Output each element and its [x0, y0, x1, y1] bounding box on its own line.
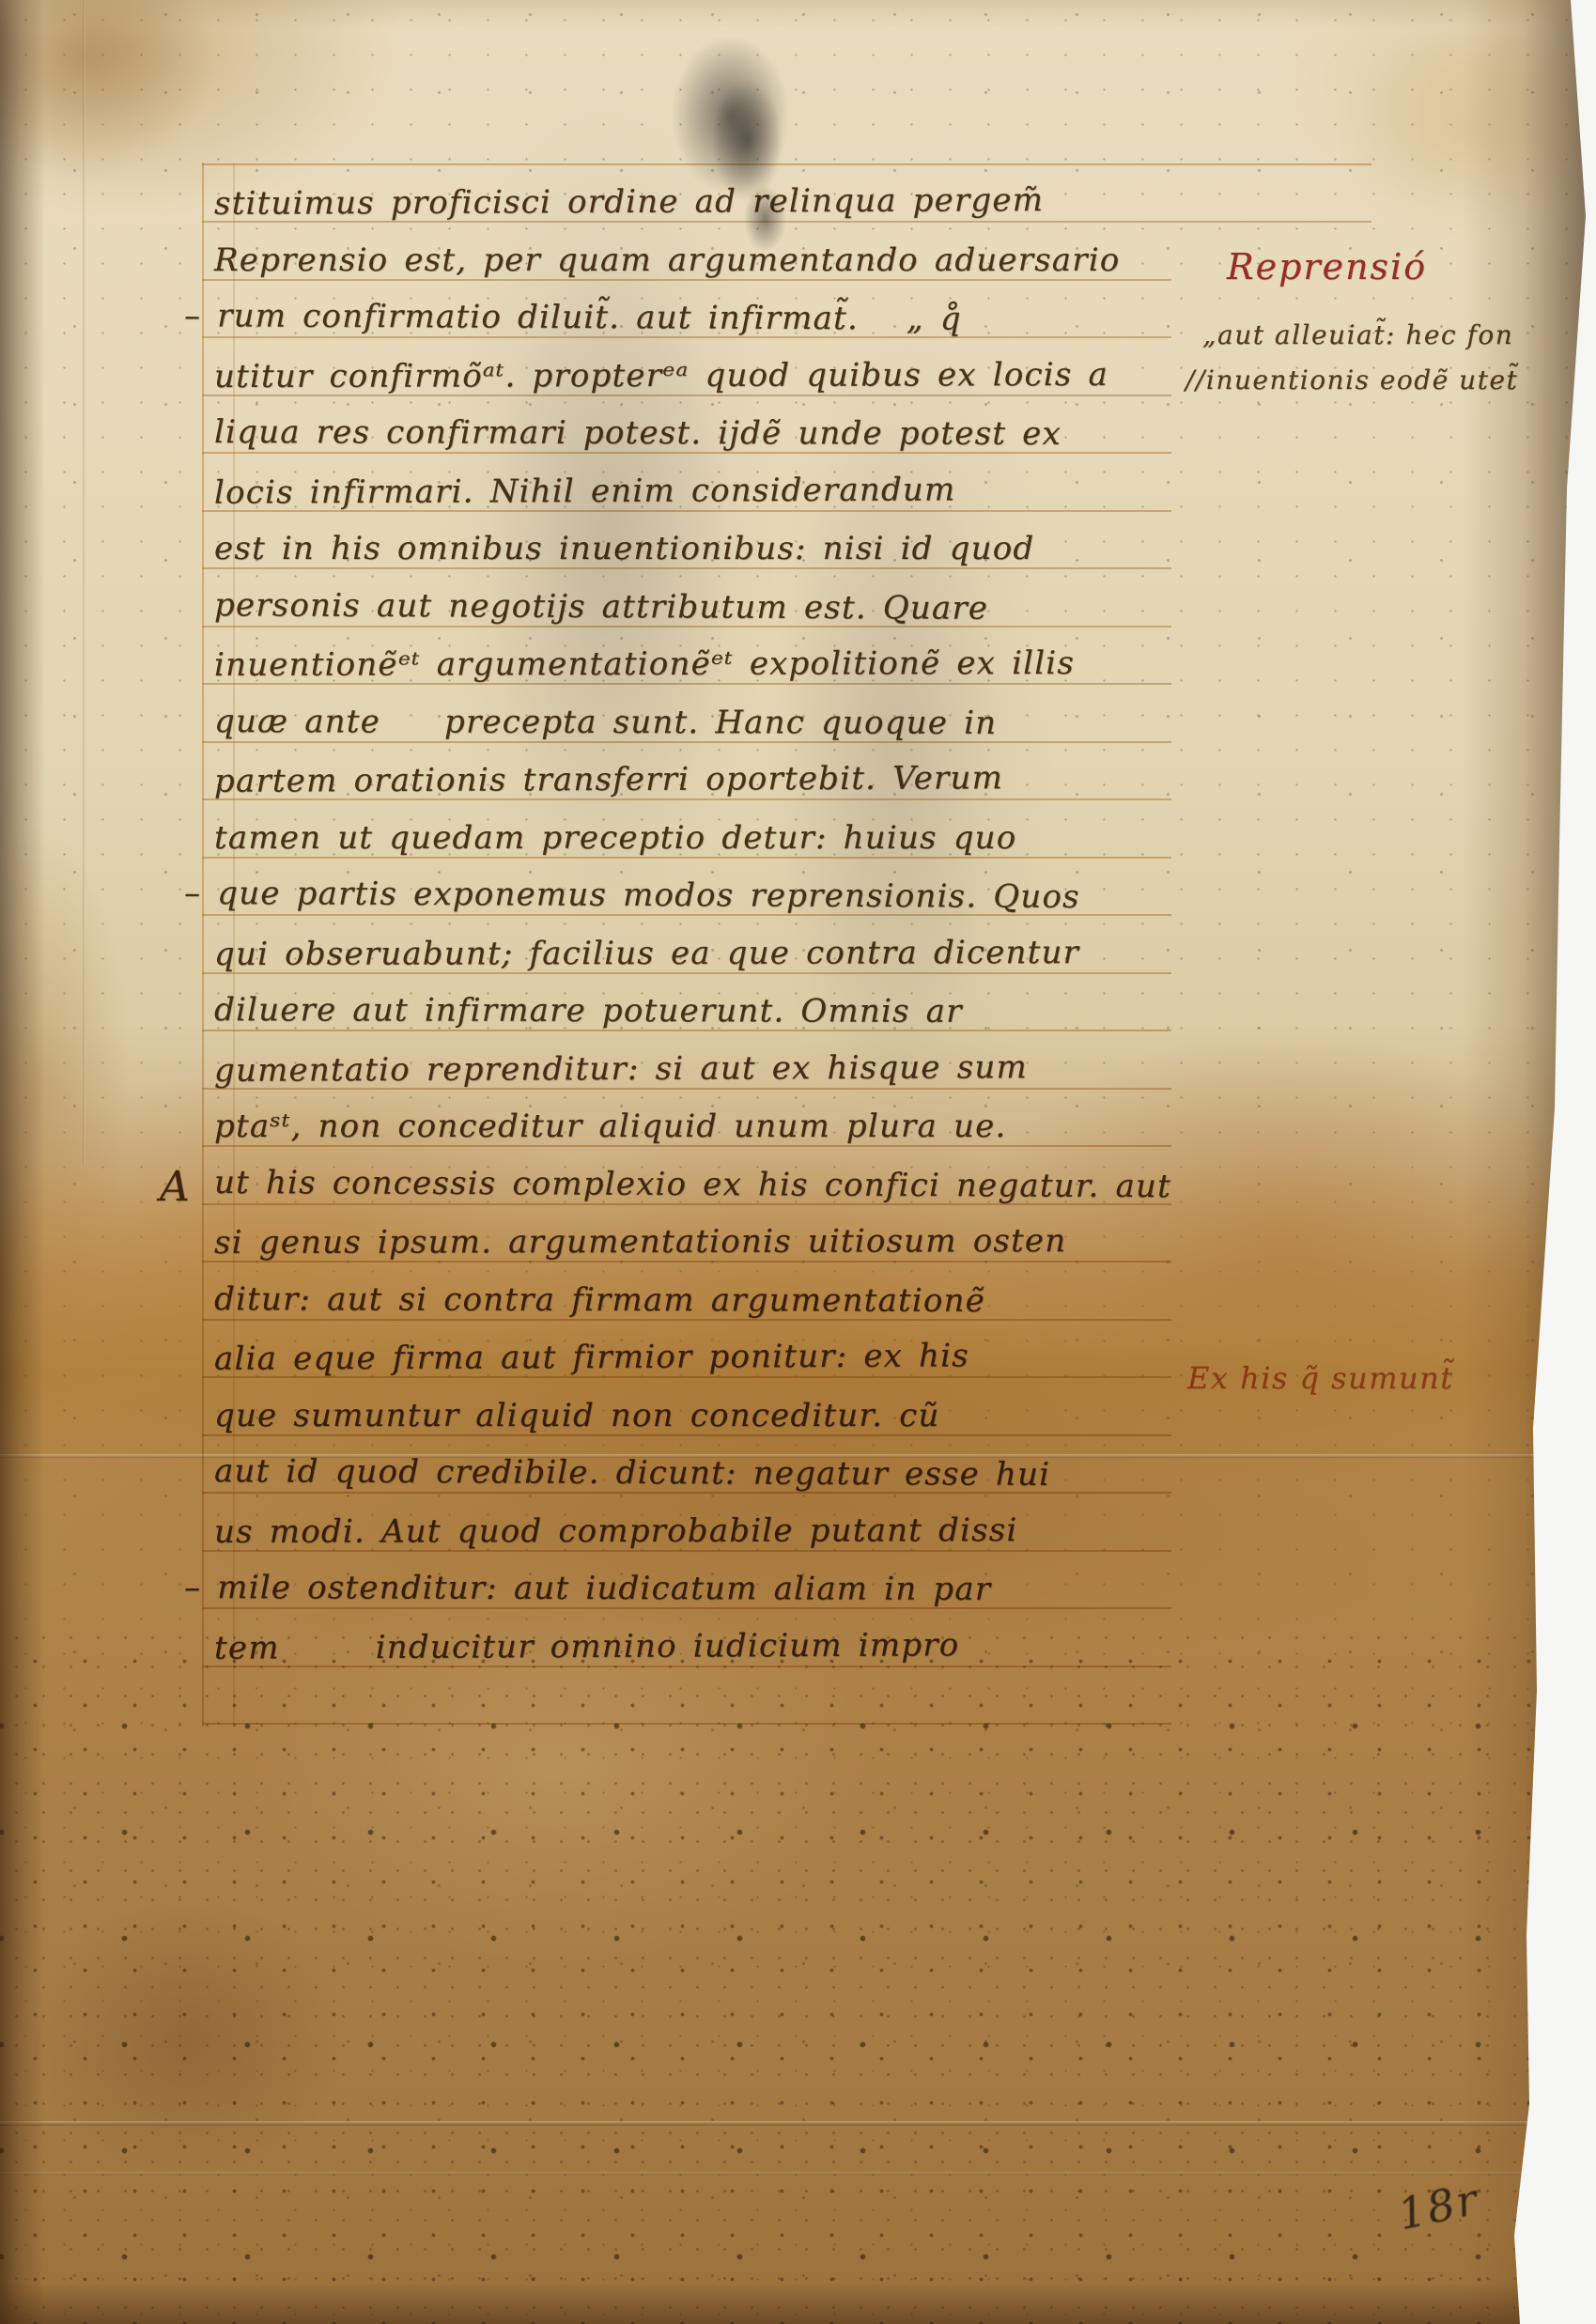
manuscript-line: – mile ostenditur: aut iudicatum aliam i…	[214, 1564, 991, 1613]
manuscript-line: quæ ante precepta sunt. Hanc quoque in	[214, 698, 997, 747]
manuscript-line: aut id quod credibile. dicunt: negatur e…	[214, 1448, 1050, 1498]
manuscript-line: diluere aut infirmare potuerunt. Omnis a…	[214, 986, 963, 1035]
manuscript-line: ditur: aut si contra firmam argumentatio…	[214, 1276, 985, 1325]
folio-number: 18r	[1393, 2174, 1483, 2240]
manuscript-line: qui obseruabunt; facilius ea que contra …	[214, 929, 1079, 978]
margin-initial: A	[160, 1163, 190, 1211]
manuscript-line: utitur confirmõᵃᵗ. propterᵉᵃ quod quibus…	[214, 351, 1108, 400]
manuscript-line: alia eque firma aut firmior ponitur: ex …	[214, 1332, 969, 1382]
manuscript-line: personis aut negotijs attributum est. Qu…	[214, 581, 988, 631]
margin-note-line-1: „aut alleuiat̃: hec fon	[1202, 319, 1513, 350]
manuscript-line: que sumuntur aliquid non conceditur. cũ	[214, 1392, 939, 1439]
manuscript-line: – que partis exponemus modos reprensioni…	[214, 870, 1080, 921]
manuscript-line: tamen ut quedam preceptio detur: huius q…	[214, 814, 1016, 861]
rubric-ex-his: Ex his q̃ sumunt̃	[1187, 1360, 1454, 1396]
manuscript-line: liqua res confirmari potest. ijdẽ unde p…	[214, 409, 1061, 457]
manuscript-line: gumentatio reprenditur: si aut ex hisque…	[214, 1044, 1028, 1094]
rule-horizontal	[202, 1723, 1171, 1725]
scan-background: { "document": { "kind_label": "medieval-…	[0, 0, 1596, 2324]
manuscript-line: partem orationis transferri oportebit. V…	[214, 754, 1003, 805]
manuscript-line: est in his omnibus inuentionibus: nisi i…	[214, 525, 1034, 572]
manuscript-line: ut his concessis complexio ex his confic…	[214, 1158, 1171, 1209]
manuscript-line: tem inducitur omnino iudicium impro	[214, 1621, 960, 1671]
rule-vertical	[202, 163, 204, 1727]
margin-note-line-2: //inuentionis eodẽ utet̃	[1185, 364, 1518, 395]
manuscript-line: stituimus proficisci ordine ad relinqua …	[214, 177, 1044, 227]
rule-horizontal	[202, 163, 1371, 165]
rubric-reprensio: Reprensió	[1227, 246, 1427, 287]
manuscript-line: locis infirmari. Nihil enim considerandu…	[214, 466, 956, 516]
manuscript-line: ptaˢᵗ, non conceditur aliquid unum plura…	[214, 1103, 1006, 1150]
parchment-page: stituimus proficisci ordine ad relinqua …	[0, 0, 1596, 2324]
manuscript-line: – rum confirmatio diluit̃. aut infirmat̃…	[214, 292, 962, 342]
manuscript-line: us modi. Aut quod comprobabile putant di…	[214, 1507, 1018, 1556]
manuscript-line: Reprensio est, per quam argumentando adu…	[214, 237, 1120, 284]
manuscript-line: inuentionẽᵉᵗ argumentationẽᵉᵗ expolition…	[214, 640, 1075, 689]
manuscript-line: si genus ipsum. argumentationis uitiosum…	[214, 1217, 1066, 1266]
ink-layer: stituimus proficisci ordine ad relinqua …	[0, 0, 1596, 2324]
